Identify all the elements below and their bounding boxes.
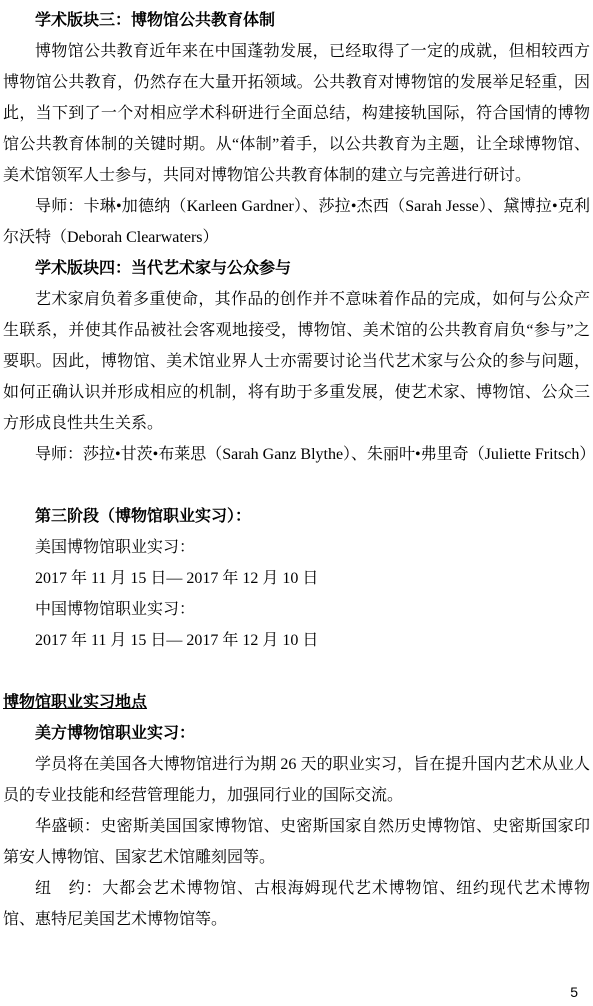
page-number: 5 — [570, 983, 578, 1001]
us-locations-heading: 美方博物馆职业实习： — [3, 718, 590, 749]
us-internship-dates: 2017 年 11 月 15 日— 2017 年 12 月 10 日 — [3, 563, 590, 594]
section4-heading: 学术版块四：当代艺术家与公众参与 — [3, 253, 590, 284]
section4-body-paragraph: 艺术家肩负着多重使命，其作品的创作并不意味着作品的完成，如何与公众产生联系，并使… — [3, 284, 590, 439]
cn-internship-label: 中国博物馆职业实习： — [3, 594, 590, 625]
document-page: 学术版块三：博物馆公共教育体制 博物馆公共教育近年来在中国蓬勃发展，已经取得了一… — [0, 0, 593, 1006]
blank-line — [3, 470, 590, 501]
cn-internship-dates: 2017 年 11 月 15 日— 2017 年 12 月 10 日 — [3, 625, 590, 656]
blank-line — [3, 656, 590, 687]
stage3-heading: 第三阶段（博物馆职业实习）： — [3, 501, 590, 532]
section3-mentors-line: 导师：卡琳•加德纳（Karleen Gardner）、莎拉•杰西（Sarah J… — [3, 191, 590, 253]
us-locations-intro-paragraph: 学员将在美国各大博物馆进行为期 26 天的职业实习，旨在提升国内艺术从业人员的专… — [3, 749, 590, 811]
section3-heading: 学术版块三：博物馆公共教育体制 — [3, 5, 590, 36]
newyork-museums-paragraph: 纽 约：大都会艺术博物馆、古根海姆现代艺术博物馆、纽约现代艺术博物馆、惠特尼美国… — [3, 873, 590, 935]
washington-museums-paragraph: 华盛顿：史密斯美国国家博物馆、史密斯国家自然历史博物馆、史密斯国家印第安人博物馆… — [3, 811, 590, 873]
locations-heading: 博物馆职业实习地点 — [3, 687, 590, 718]
section3-body-paragraph: 博物馆公共教育近年来在中国蓬勃发展，已经取得了一定的成就，但相较西方博物馆公共教… — [3, 36, 590, 191]
section4-mentors-line: 导师：莎拉•甘茨•布莱思（Sarah Ganz Blythe）、朱丽叶•弗里奇（… — [3, 439, 590, 470]
us-internship-label: 美国博物馆职业实习： — [3, 532, 590, 563]
document-content: 学术版块三：博物馆公共教育体制 博物馆公共教育近年来在中国蓬勃发展，已经取得了一… — [0, 0, 593, 935]
